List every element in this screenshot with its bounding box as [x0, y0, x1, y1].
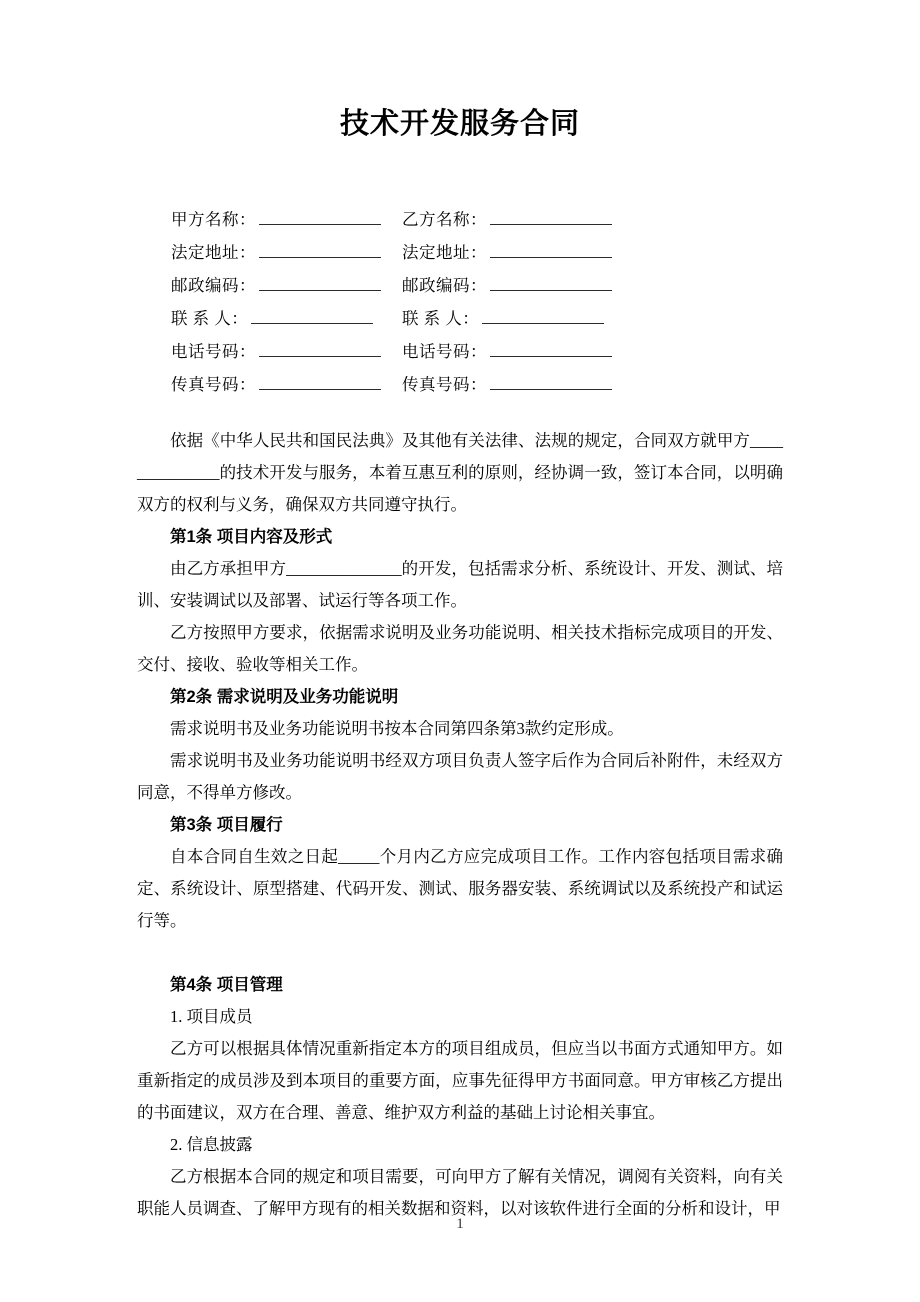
- contract-body: 依据《中华人民共和国民法典》及其他有关法律、法规的规定，合同双方就甲方_____…: [137, 425, 783, 1225]
- party-a-phone-label: 电话号码：: [171, 342, 256, 361]
- paragraph: 乙方按照甲方要求，依据需求说明及业务功能说明、相关技术指标完成项目的开发、交付、…: [137, 617, 783, 681]
- party-b-address-field: 法定地址：: [402, 236, 612, 269]
- party-a-fax-label: 传真号码：: [171, 375, 256, 394]
- blank-underline: [251, 321, 373, 324]
- party-b-name-field: 乙方名称：: [402, 203, 612, 236]
- blank-underline: [259, 387, 381, 390]
- party-a-phone-field: 电话号码：: [171, 335, 402, 368]
- form-row-postcode: 邮政编码：邮政编码：: [171, 269, 920, 302]
- party-a-contact-field: 联 系 人：: [171, 302, 402, 335]
- party-a-fax-field: 传真号码：: [171, 368, 402, 401]
- blank-underline: [490, 387, 612, 390]
- blank-underline: [259, 222, 381, 225]
- sub-item-1: 1. 项目成员: [137, 1001, 783, 1033]
- paragraph: 由乙方承担甲方______________的开发，包括需求分析、系统设计、开发、…: [137, 553, 783, 617]
- party-b-fax-label: 传真号码：: [402, 375, 487, 394]
- party-a-address-label: 法定地址：: [171, 243, 256, 262]
- form-row-name: 甲方名称：乙方名称：: [171, 203, 920, 236]
- paragraph: 需求说明书及业务功能说明书按本合同第四条第3款约定形成。: [137, 713, 783, 745]
- paragraph: 乙方可以根据具体情况重新指定本方的项目组成员，但应当以书面方式通知甲方。如重新指…: [137, 1033, 783, 1129]
- party-a-address-field: 法定地址：: [171, 236, 402, 269]
- party-b-postcode-label: 邮政编码：: [402, 276, 487, 295]
- intro-paragraph: 依据《中华人民共和国民法典》及其他有关法律、法规的规定，合同双方就甲方_____…: [137, 425, 783, 521]
- party-a-contact-label: 联 系 人：: [171, 309, 248, 328]
- section-3-heading: 第3条 项目履行: [137, 809, 783, 841]
- form-row-fax: 传真号码：传真号码：: [171, 368, 920, 401]
- blank-underline: [259, 288, 381, 291]
- party-b-phone-field: 电话号码：: [402, 335, 612, 368]
- page-number: 1: [0, 1216, 920, 1233]
- section-2-heading: 第2条 需求说明及业务功能说明: [137, 681, 783, 713]
- blank-underline: [490, 354, 612, 357]
- form-row-phone: 电话号码：电话号码：: [171, 335, 920, 368]
- paragraph: 自本合同自生效之日起_____个月内乙方应完成项目工作。工作内容包括项目需求确定…: [137, 841, 783, 937]
- form-row-contact: 联 系 人：联 系 人：: [171, 302, 920, 335]
- party-a-name-label: 甲方名称：: [171, 210, 256, 229]
- blank-underline: [490, 222, 612, 225]
- sub-item-2: 2. 信息披露: [137, 1129, 783, 1161]
- party-b-postcode-field: 邮政编码：: [402, 269, 612, 302]
- party-b-name-label: 乙方名称：: [402, 210, 487, 229]
- document-title: 技术开发服务合同: [0, 0, 920, 145]
- blank-underline: [259, 255, 381, 258]
- party-a-postcode-label: 邮政编码：: [171, 276, 256, 295]
- party-a-name-field: 甲方名称：: [171, 203, 402, 236]
- party-info-form: 甲方名称：乙方名称： 法定地址：法定地址： 邮政编码：邮政编码： 联 系 人：联…: [171, 203, 920, 401]
- blank-underline: [490, 255, 612, 258]
- party-b-contact-label: 联 系 人：: [402, 309, 479, 328]
- party-b-contact-field: 联 系 人：: [402, 302, 604, 335]
- paragraph: 需求说明书及业务功能说明书经双方项目负责人签字后作为合同后补附件，未经双方同意，…: [137, 745, 783, 809]
- party-a-postcode-field: 邮政编码：: [171, 269, 402, 302]
- party-b-address-label: 法定地址：: [402, 243, 487, 262]
- blank-underline: [490, 288, 612, 291]
- party-b-fax-field: 传真号码：: [402, 368, 612, 401]
- blank-underline: [259, 354, 381, 357]
- blank-underline: [482, 321, 604, 324]
- form-row-address: 法定地址：法定地址：: [171, 236, 920, 269]
- party-b-phone-label: 电话号码：: [402, 342, 487, 361]
- document-page: 技术开发服务合同 甲方名称：乙方名称： 法定地址：法定地址： 邮政编码：邮政编码…: [0, 0, 920, 1302]
- section-1-heading: 第1条 项目内容及形式: [137, 521, 783, 553]
- section-4-heading: 第4条 项目管理: [137, 969, 783, 1001]
